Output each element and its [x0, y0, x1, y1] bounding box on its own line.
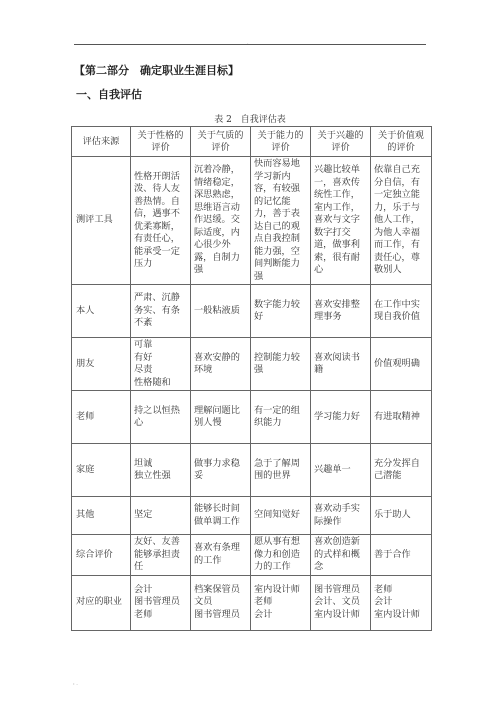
- table-cell: 沉着冷静，情绪稳定，深思熟虑，思维语言动作迟缓。交际适度，内心很少外露，自制力强: [191, 157, 251, 285]
- table-row: 其他坚定能够长时间做单调工作空间知觉好喜欢动手实际操作乐于助人: [72, 497, 432, 535]
- cell-line: 文员: [194, 596, 247, 609]
- header-values: 关于价值观的评价: [371, 127, 432, 157]
- cell-line: 有好: [134, 352, 187, 365]
- table-cell: 学习能力好: [311, 391, 371, 444]
- table-cell: 一般粘液质: [191, 285, 251, 338]
- cell-line: 图书管理员: [194, 609, 247, 622]
- header-rule: [74, 44, 426, 45]
- table-cell: 老师会计室内设计师: [371, 575, 432, 630]
- table-cell: 严肃、沉静务实、有条不紊: [131, 285, 191, 338]
- table-cell: 友好、友善能够承担责任: [131, 535, 191, 576]
- cell-line: 室内设计师: [314, 609, 367, 622]
- table-cell: 喜欢安静的环境: [191, 338, 251, 391]
- table-cell: 价值观明确: [371, 338, 432, 391]
- row-source: 测评工具: [72, 157, 131, 285]
- cell-line: 独立性强: [134, 470, 187, 483]
- row-source: 朋友: [72, 338, 131, 391]
- table-cell: 喜欢动手实际操作: [311, 497, 371, 535]
- row-source: 老师: [72, 391, 131, 444]
- table-cell: 数字能力较好: [251, 285, 311, 338]
- cell-line: 可靠: [134, 339, 187, 352]
- cell-line: 会计: [134, 584, 187, 597]
- header-temperament: 关于气质的评价: [191, 127, 251, 157]
- cell-line: 会计、文员: [314, 596, 367, 609]
- cell-line: 坦诚: [134, 458, 187, 471]
- table-cell: 在工作中实现自我价值: [371, 285, 432, 338]
- cell-line: 室内设计师: [254, 584, 307, 597]
- table-row: 老师持之以恒热心理解问题比别人慢有一定的组织能力学习能力好有进取精神: [72, 391, 432, 444]
- table-caption: 表 2 自我评估表: [0, 112, 500, 125]
- table-cell: 坦诚独立性强: [131, 444, 191, 497]
- table-cell: 空间知觉好: [251, 497, 311, 535]
- header-marker: .: [247, 40, 249, 46]
- cell-line: 性格随和: [134, 377, 187, 390]
- header-ability: 关于能力的评价: [251, 127, 311, 157]
- row-source: 对应的职业: [72, 575, 131, 630]
- table-cell: 依靠自己充分自信，有一定独立能力，乐于与他人工作，为他人幸福而工作，有责任心，尊…: [371, 157, 432, 285]
- table-cell: 持之以恒热心: [131, 391, 191, 444]
- cell-line: 会计: [254, 609, 307, 622]
- table-row: 本人严肃、沉静务实、有条不紊一般粘液质数字能力较好喜欢安排整理事务在工作中实现自…: [72, 285, 432, 338]
- table-cell: 兴趣单一: [311, 444, 371, 497]
- table-cell: 乐于助人: [371, 497, 432, 535]
- table-cell: 有进取精神: [371, 391, 432, 444]
- table-cell: 会计图书管理员老师: [131, 575, 191, 630]
- table-row: 朋友可靠有好尽责性格随和喜欢安静的环境控制能力较强喜欢阅读书籍价值观明确: [72, 338, 432, 391]
- table-row: 测评工具性格开朗活泼、待人友善热情。自信，遇事不优柔寡断，有责任心，能承受一定压…: [72, 157, 432, 285]
- row-source: 综合评价: [72, 535, 131, 576]
- row-source: 其他: [72, 497, 131, 535]
- cell-line: 老师: [254, 596, 307, 609]
- row-source: 家庭: [72, 444, 131, 497]
- table-cell: 喜欢有条理的工作: [191, 535, 251, 576]
- section-title: 一、自我评估: [76, 86, 142, 102]
- cell-line: 老师: [374, 584, 428, 597]
- table-cell: 能够长时间做单调工作: [191, 497, 251, 535]
- table-cell: 性格开朗活泼、待人友善热情。自信，遇事不优柔寡断，有责任心，能承受一定压力: [131, 157, 191, 285]
- header-personality: 关于性格的评价: [131, 127, 191, 157]
- cell-line: 会计: [374, 596, 428, 609]
- cell-line: 图书管理员: [314, 584, 367, 597]
- table-cell: 坚定: [131, 497, 191, 535]
- table-cell: 快而容易地学习新内容，有较强的记忆能力，善于表达自己的观点自我控制能力强，空间判…: [251, 157, 311, 285]
- table-header-row: 评估来源 关于性格的评价 关于气质的评价 关于能力的评价 关于兴趣的评价 关于价…: [72, 127, 432, 157]
- row-source: 本人: [72, 285, 131, 338]
- table-cell: 档案保管员文员图书管理员: [191, 575, 251, 630]
- header-source: 评估来源: [72, 127, 131, 157]
- cell-line: 老师: [134, 609, 187, 622]
- part-title: 【第二部分 确定职业生涯目标】: [74, 62, 239, 78]
- cell-line: 图书管理员: [134, 596, 187, 609]
- table-cell: 理解问题比别人慢: [191, 391, 251, 444]
- table-row: 家庭坦诚独立性强做事力求稳妥急于了解周围的世界兴趣单一充分发挥自己潜能: [72, 444, 432, 497]
- table-cell: 喜欢阅读书籍: [311, 338, 371, 391]
- table-cell: 兴趣比较单一，喜欢传统性工作，室内工作，喜欢与文字数字打交道，做事利索，很有耐心: [311, 157, 371, 285]
- table-cell: 控制能力较强: [251, 338, 311, 391]
- table-cell: 急于了解周围的世界: [251, 444, 311, 497]
- table-cell: 做事力求稳妥: [191, 444, 251, 497]
- table-cell: 室内设计师老师会计: [251, 575, 311, 630]
- table-cell: 愿从事有想像力和创造力的工作: [251, 535, 311, 576]
- cell-line: 档案保管员: [194, 584, 247, 597]
- table-cell: 喜欢安排整理事务: [311, 285, 371, 338]
- header-interest: 关于兴趣的评价: [311, 127, 371, 157]
- cell-line: 室内设计师: [374, 609, 428, 622]
- table-cell: 图书管理员会计、文员室内设计师: [311, 575, 371, 630]
- table-cell: 有一定的组织能力: [251, 391, 311, 444]
- table-cell: 可靠有好尽责性格随和: [131, 338, 191, 391]
- self-assessment-table: 评估来源 关于性格的评价 关于气质的评价 关于能力的评价 关于兴趣的评价 关于价…: [71, 126, 432, 631]
- table-cell: 喜欢创造新的式样和概念: [311, 535, 371, 576]
- page-footer-marker: : .: [73, 681, 78, 687]
- cell-line: 尽责: [134, 364, 187, 377]
- table-row: 综合评价友好、友善能够承担责任喜欢有条理的工作愿从事有想像力和创造力的工作喜欢创…: [72, 535, 432, 576]
- table-cell: 充分发挥自己潜能: [371, 444, 432, 497]
- table-cell: 善于合作: [371, 535, 432, 576]
- table-row: 对应的职业会计图书管理员老师档案保管员文员图书管理员室内设计师老师会计图书管理员…: [72, 575, 432, 630]
